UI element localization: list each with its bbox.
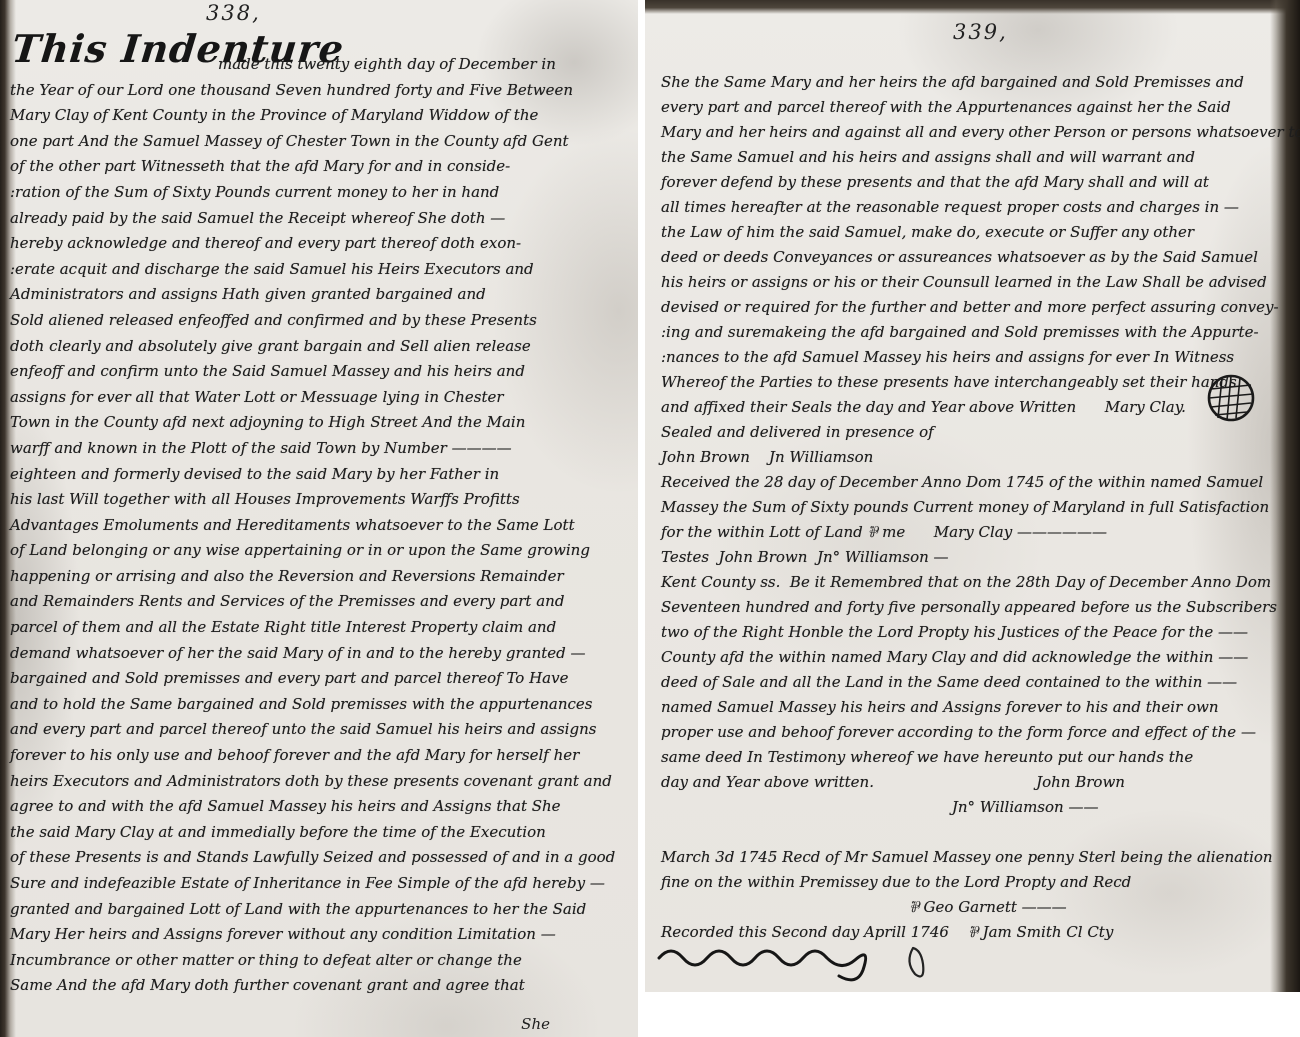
manuscript-line: devised or required for the further and … (661, 295, 1271, 320)
manuscript-line: agree to and with the afd Samuel Massey … (10, 794, 632, 820)
manuscript-line: She the Same Mary and her heirs the afd … (661, 70, 1271, 95)
manuscript-line: Incumbrance or other matter or thing to … (10, 948, 632, 974)
manuscript-line: assigns for ever all that Water Lott or … (10, 385, 632, 411)
manuscript-line: and Remainders Rents and Services of the… (10, 589, 632, 615)
manuscript-line: Received the 28 day of December Anno Dom… (661, 470, 1271, 495)
manuscript-line: his heirs or assigns or his or their Cou… (661, 270, 1271, 295)
manuscript-line: Sold aliened released enfeoffed and conf… (10, 308, 632, 334)
manuscript-line: named Samuel Massey his heirs and Assign… (661, 695, 1271, 720)
page-number: 339, (953, 20, 1008, 44)
manuscript-line: heirs Executors and Administrators doth … (10, 769, 632, 795)
manuscript-line: Jn° Williamson —— (661, 795, 1271, 820)
manuscript-line: ⅌ Geo Garnett ——— (661, 895, 1271, 920)
wax-seal-icon (1205, 372, 1257, 424)
manuscript-line: Mary Clay of Kent County in the Province… (10, 103, 632, 129)
manuscript-line: fine on the within Premissey due to the … (661, 870, 1271, 895)
manuscript-line: Sealed and delivered in presence of (661, 420, 1271, 445)
manuscript-line: two of the Right Honble the Lord Propty … (661, 620, 1271, 645)
manuscript-line: Testes John Brown Jn° Williamson — (661, 545, 1271, 570)
manuscript-line: for the within Lott of Land ⅌ me Mary Cl… (661, 520, 1271, 545)
manuscript-line: :erate acquit and discharge the said Sam… (10, 257, 632, 283)
manuscript-line: Sure and indefeazible Estate of Inherita… (10, 871, 632, 897)
manuscript-line: Mary Her heirs and Assigns forever witho… (10, 922, 632, 948)
manuscript-line: of the other part Witnesseth that the af… (10, 154, 632, 180)
manuscript-line: the Law of him the said Samuel, make do,… (661, 220, 1271, 245)
book-fore-edge (1270, 0, 1300, 992)
manuscript-line: happening or arrising and also the Rever… (10, 564, 632, 590)
manuscript-line: John Brown Jn Williamson (661, 445, 1271, 470)
manuscript-line: same deed In Testimony whereof we have h… (661, 745, 1271, 770)
manuscript-line: eighteen and formerly devised to the sai… (10, 462, 632, 488)
manuscript-line: :nances to the afd Samuel Massey his hei… (661, 345, 1271, 370)
manuscript-line: forever defend by these presents and tha… (661, 170, 1271, 195)
page-339: 339, She the Same Mary and her heirs the… (645, 0, 1300, 992)
manuscript-line: and every part and parcel thereof unto t… (10, 717, 632, 743)
manuscript-line: the Same Samuel and his heirs and assign… (661, 145, 1271, 170)
closing-flourish (655, 934, 975, 988)
manuscript-line: already paid by the said Samuel the Rece… (10, 206, 632, 232)
manuscript-line: deed of Sale and all the Land in the Sam… (661, 670, 1271, 695)
manuscript-line: enfeoff and confirm unto the Said Samuel… (10, 359, 632, 385)
manuscript-line: :ing and suremakeing the afd bargained a… (661, 320, 1271, 345)
page-338: 338, This Indenture made this twenty eig… (0, 0, 638, 1037)
manuscript-line: Same And the afd Mary doth further coven… (10, 973, 632, 999)
page-top-edge (645, 0, 1300, 14)
manuscript-line (661, 820, 1271, 845)
manuscript-line: forever to his only use and behoof forev… (10, 743, 632, 769)
manuscript-line: :ration of the Sum of Sixty Pounds curre… (10, 180, 632, 206)
manuscript-line: his last Will together with all Houses I… (10, 487, 632, 513)
manuscript-line: Advantages Emoluments and Hereditaments … (10, 513, 632, 539)
manuscript-line: deed or deeds Conveyances or assureances… (661, 245, 1271, 270)
manuscript-scan: 338, This Indenture made this twenty eig… (0, 0, 1300, 1037)
manuscript-line: every part and parcel thereof with the A… (661, 95, 1271, 120)
manuscript-line: made this twenty eighth day of December … (10, 52, 632, 78)
manuscript-line: Whereof the Parties to these presents ha… (661, 370, 1271, 395)
manuscript-line: parcel of them and all the Estate Right … (10, 615, 632, 641)
manuscript-line: warff and known in the Plott of the said… (10, 436, 632, 462)
page-text: She the Same Mary and her heirs the afd … (661, 70, 1271, 945)
manuscript-line: day and Year above written. John Brown (661, 770, 1271, 795)
manuscript-line: Seventeen hundred and forty five persona… (661, 595, 1271, 620)
manuscript-line: Administrators and assigns Hath given gr… (10, 282, 632, 308)
manuscript-line: and to hold the Same bargained and Sold … (10, 692, 632, 718)
manuscript-line: bargained and Sold premisses and every p… (10, 666, 632, 692)
manuscript-line: proper use and behoof forever according … (661, 720, 1271, 745)
manuscript-line: one part And the Samuel Massey of Cheste… (10, 129, 632, 155)
manuscript-line: County afd the within named Mary Clay an… (661, 645, 1271, 670)
manuscript-line: Mary and her heirs and against all and e… (661, 120, 1271, 145)
manuscript-line: Massey the Sum of Sixty pounds Current m… (661, 495, 1271, 520)
manuscript-line: the said Mary Clay at and immedially bef… (10, 820, 632, 846)
manuscript-line: Kent County ss. Be it Remembred that on … (661, 570, 1271, 595)
manuscript-line: doth clearly and absolutely give grant b… (10, 334, 632, 360)
manuscript-line: Town in the County afd next adjoyning to… (10, 410, 632, 436)
manuscript-line: of Land belonging or any wise appertaini… (10, 538, 632, 564)
manuscript-line: March 3d 1745 Recd of Mr Samuel Massey o… (661, 845, 1271, 870)
manuscript-line: all times hereafter at the reasonable re… (661, 195, 1271, 220)
catchword: She (521, 1015, 550, 1033)
manuscript-line: the Year of our Lord one thousand Seven … (10, 78, 632, 104)
page-number: 338, (206, 1, 261, 25)
manuscript-line: hereby acknowledge and thereof and every… (10, 231, 632, 257)
manuscript-line: of these Presents is and Stands Lawfully… (10, 845, 632, 871)
manuscript-line: demand whatsoever of her the said Mary o… (10, 641, 632, 667)
manuscript-line: and affixed their Seals the day and Year… (661, 395, 1271, 420)
manuscript-line: granted and bargained Lott of Land with … (10, 897, 632, 923)
page-text: made this twenty eighth day of December … (10, 52, 632, 999)
